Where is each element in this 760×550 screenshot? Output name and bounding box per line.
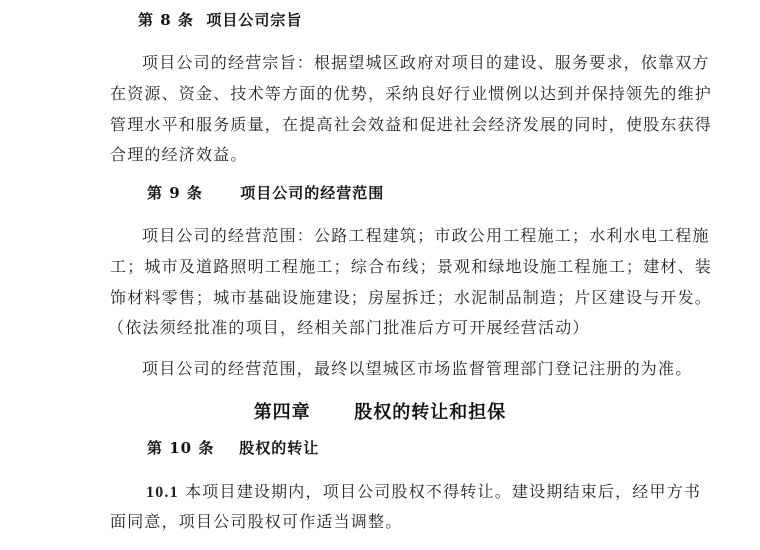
- article-10-clause-line-1: 10.1 本项目建设期内，项目公司股权不得转让。建设期结束后，经甲方书: [146, 479, 652, 502]
- article-9-heading: 第 9 条 项目公司的经营范围: [147, 182, 384, 203]
- article-8-paragraph-line-4: 合理的经济效益。: [110, 142, 652, 165]
- clause-text: 本项目建设期内，项目公司股权不得转让。建设期结束后，经甲方书: [179, 482, 701, 501]
- article-10-clause-line-2: 面同意，项目公司股权可作适当调整。: [110, 509, 652, 532]
- article-9-note: 项目公司的经营范围，最终以望城区市场监督管理部门登记注册的为准。: [142, 356, 652, 379]
- document-page: 第 8 条 项目公司宗旨 项目公司的经营宗旨：根据望城区政府对项目的建设、服务要…: [0, 0, 760, 550]
- article-8-paragraph-line-3: 管理水平和服务质量，在提高社会效益和促进社会经济发展的同时，使股东获得: [110, 112, 652, 135]
- article-8-paragraph-line-1: 项目公司的经营宗旨：根据望城区政府对项目的建设、服务要求，依靠双方: [142, 50, 652, 73]
- article-9-paragraph-line-1: 项目公司的经营范围：公路工程建筑；市政公用工程施工；水利水电工程施: [142, 223, 652, 246]
- article-8-paragraph-line-2: 在资源、资金、技术等方面的优势，采纳良好行业惯例以达到并保持领先的维护: [110, 81, 652, 104]
- article-9-paragraph-line-2: 工；城市及道路照明工程施工；综合布线；景观和绿地设施工程施工；建材、装: [110, 254, 652, 277]
- article-8-heading: 第 8 条 项目公司宗旨: [138, 9, 302, 30]
- article-9-paragraph-line-4: （依法须经批准的项目，经相关部门批准后方可开展经营活动）: [108, 315, 650, 338]
- chapter-4-heading: 第四章 股权的转让和担保: [0, 398, 760, 424]
- article-9-paragraph-line-3: 饰材料零售；城市基础设施建设；房屋拆迁；水泥制品制造；片区建设与开发。: [110, 285, 652, 308]
- article-10-heading: 第 10 条 股权的转让: [147, 437, 319, 458]
- clause-number: 10.1: [146, 484, 179, 501]
